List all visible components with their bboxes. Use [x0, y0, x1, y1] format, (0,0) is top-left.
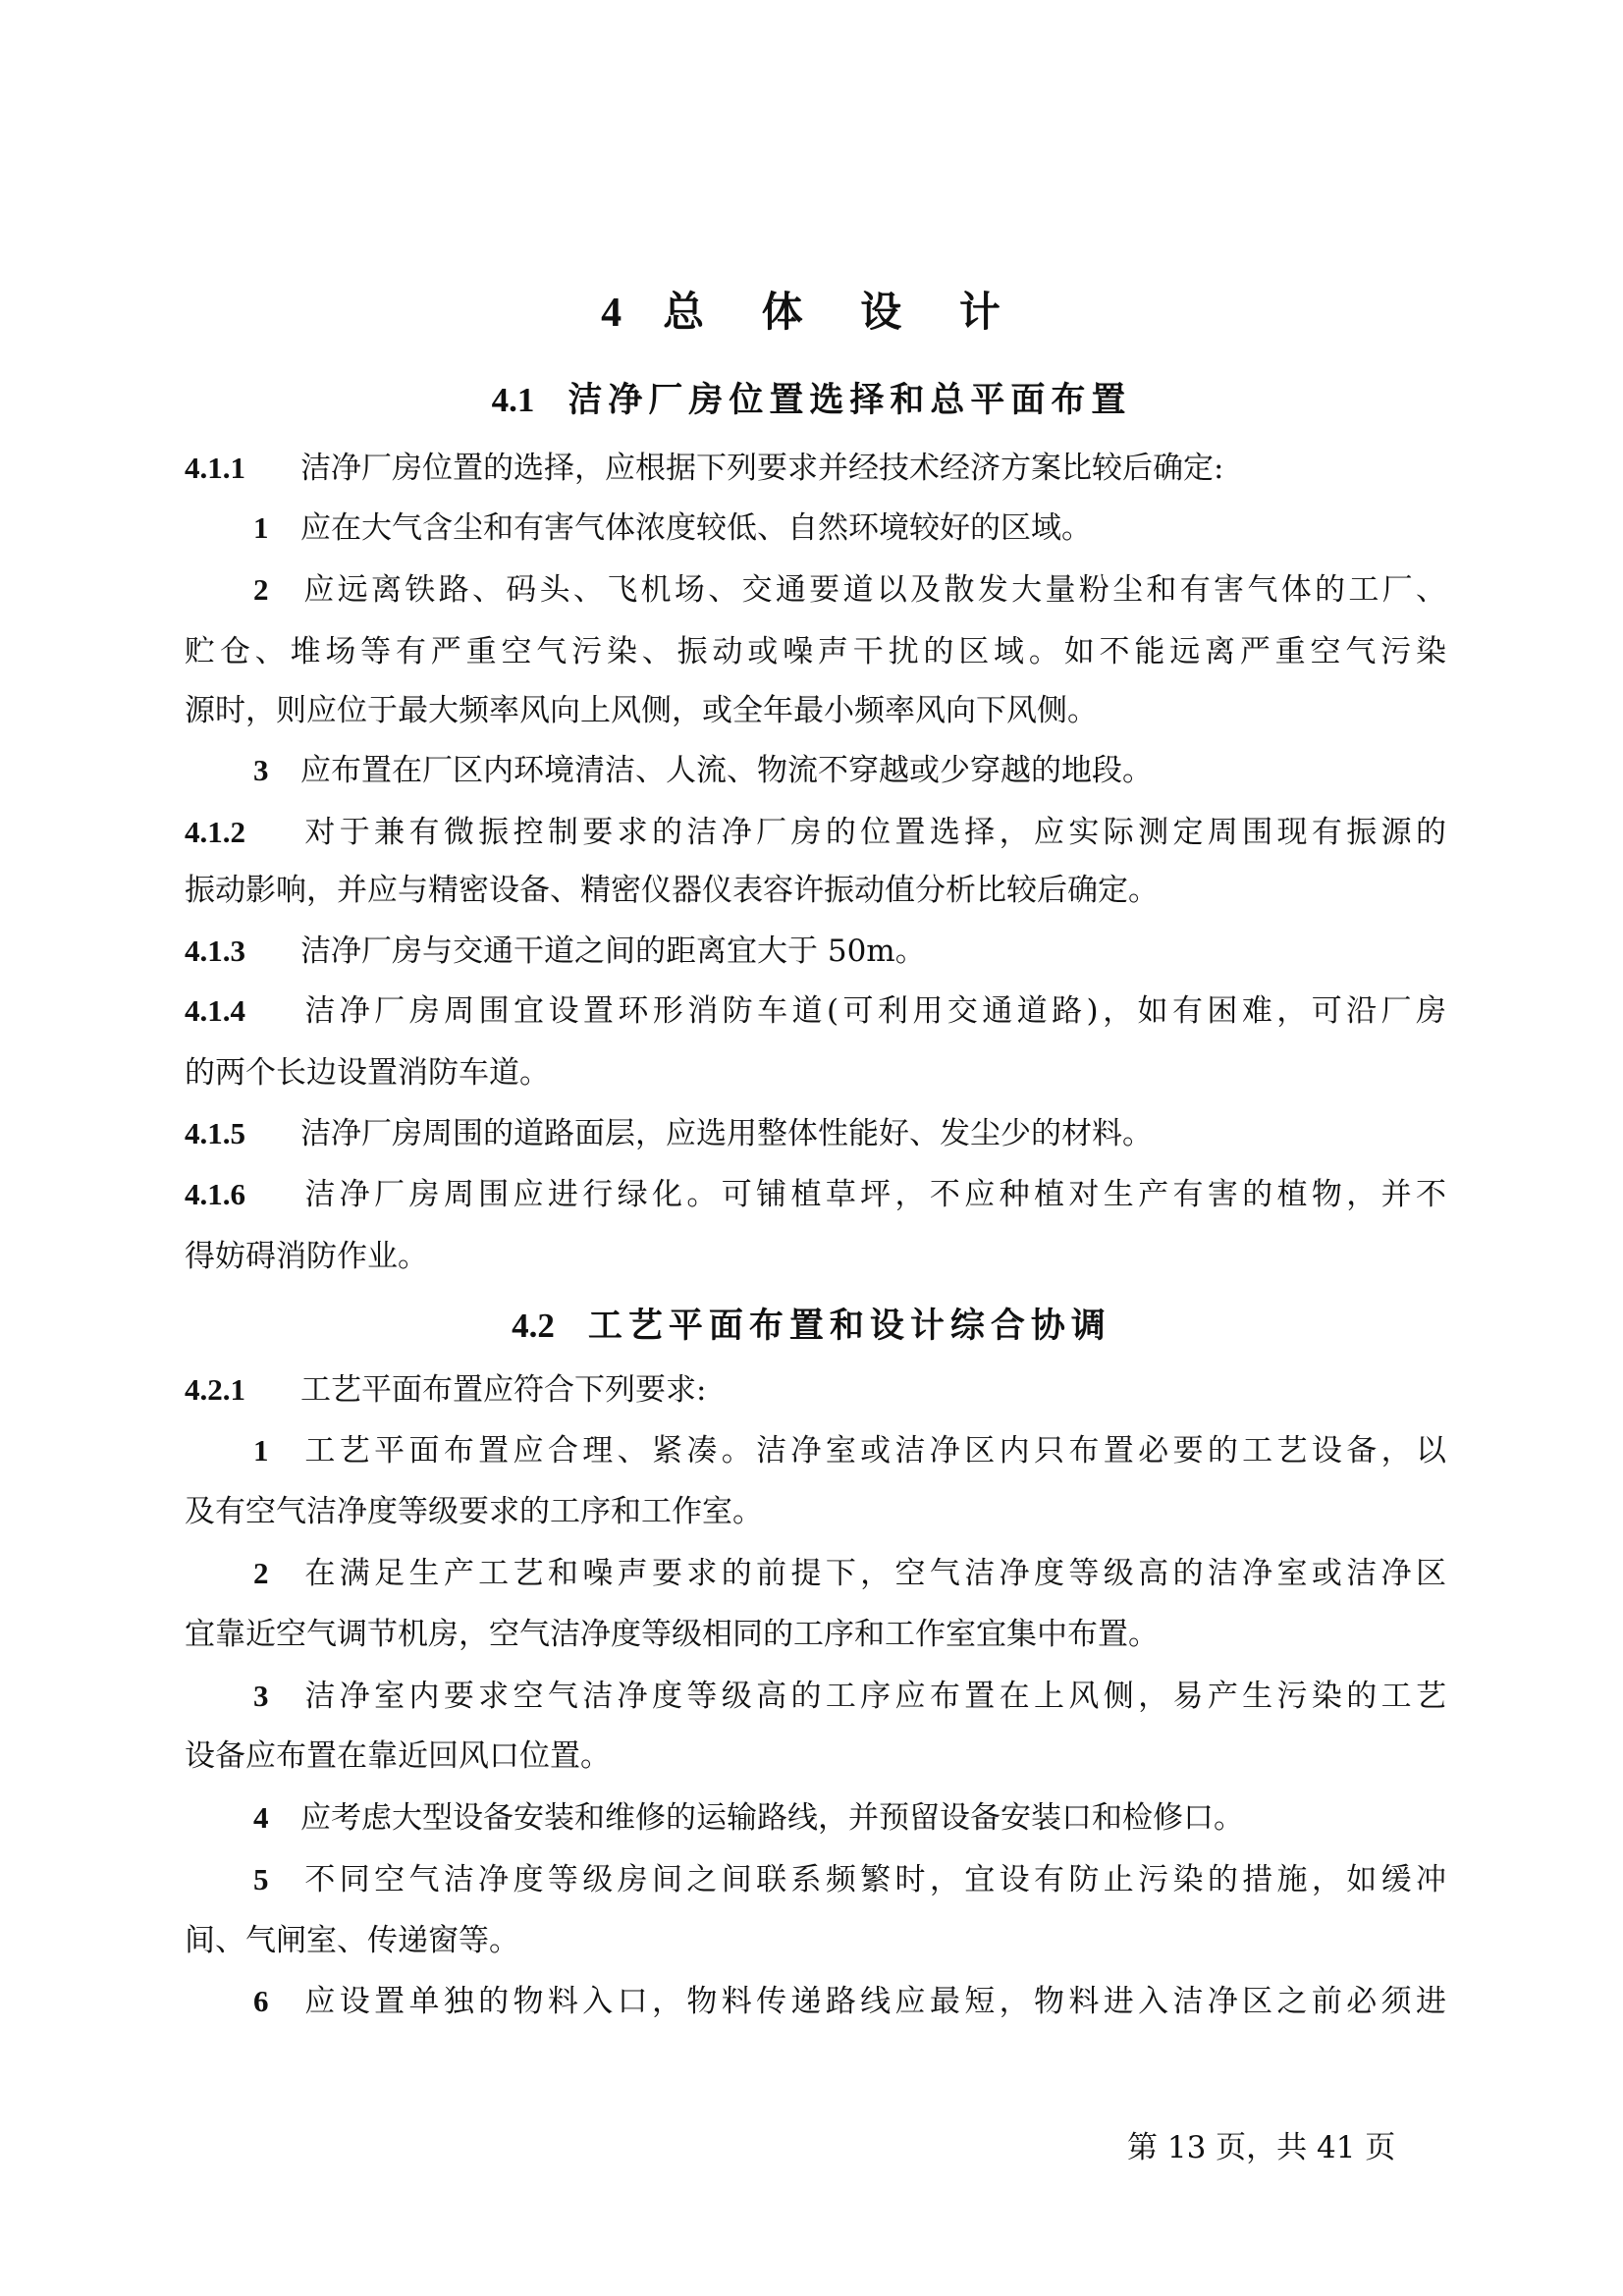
- item-number: 2: [253, 1554, 300, 1593]
- clause-4-1-1: 4.1.1洁净厂房位置的选择，应根据下列要求并经技术经济方案比较后确定:: [185, 449, 1446, 488]
- item-text: 不同空气洁净度等级房间之间联系频繁时，宜设有防止污染的措施，如缓冲: [300, 1862, 1446, 1897]
- section-title: 洁净厂房位置选择和总平面布置: [568, 380, 1131, 420]
- clause-number: 4.1.6: [185, 1175, 300, 1214]
- clause-4-1-4: 4.1.4洁净厂房周围宜设置环形消防车道(可利用交通道路)，如有困难，可沿厂房: [185, 991, 1446, 1031]
- chapter-heading: 4总 体 设 计: [0, 280, 1623, 339]
- clause-4-1-3: 4.1.3洁净厂房与交通干道之间的距离宜大于 50m。: [185, 932, 1446, 971]
- clause-4-1-6: 4.1.6洁净厂房周围应进行绿化。可铺植草坪，不应种植对生产有害的植物，并不: [185, 1175, 1446, 1214]
- list-item: 2在满足生产工艺和噪声要求的前提下，空气洁净度等级高的洁净室或洁净区: [185, 1554, 1446, 1593]
- item-number: 3: [253, 751, 300, 790]
- item-number: 1: [253, 1431, 300, 1470]
- continuation-line: 贮仓、堆场等有严重空气污染、振动或噪声干扰的区域。如不能远离严重空气污染: [185, 632, 1446, 671]
- list-item: 1工艺平面布置应合理、紧凑。洁净室或洁净区内只布置必要的工艺设备，以: [185, 1431, 1446, 1470]
- item-text: 应设置单独的物料入口，物料传递路线应最短，物料进入洁净区之前必须进: [300, 1984, 1446, 2019]
- item-number: 3: [253, 1677, 300, 1716]
- section-heading-4-2: 4.2工艺平面布置和设计综合协调: [0, 1299, 1623, 1348]
- clause-number: 4.1.4: [185, 991, 300, 1031]
- chapter-title: 总 体 设 计: [663, 288, 1022, 336]
- item-text: 应考虑大型设备安装和维修的运输路线，并预留设备安装口和检修口。: [300, 1800, 1244, 1836]
- item-text: 应在大气含尘和有害气体浓度较低、自然环境较好的区域。: [300, 510, 1092, 546]
- page-footer: 第 13 页，共 41 页: [1127, 2122, 1395, 2166]
- item-text: 洁净室内要求空气洁净度等级高的工序应布置在上风侧，易产生污染的工艺: [300, 1679, 1446, 1714]
- continuation-line: 源时，则应位于最大频率风向上风侧，或全年最小频率风向下风侧。: [185, 691, 1446, 730]
- list-item: 1应在大气含尘和有害气体浓度较低、自然环境较好的区域。: [185, 508, 1446, 548]
- item-text: 工艺平面布置应合理、紧凑。洁净室或洁净区内只布置必要的工艺设备，以: [300, 1433, 1446, 1468]
- section-title: 工艺平面布置和设计综合协调: [588, 1306, 1111, 1346]
- section-number: 4.1: [492, 381, 535, 419]
- list-item: 5不同空气洁净度等级房间之间联系频繁时，宜设有防止污染的措施，如缓冲: [185, 1860, 1446, 1899]
- item-text: 应布置在厂区内环境清洁、人流、物流不穿越或少穿越的地段。: [300, 753, 1153, 788]
- clause-4-1-5: 4.1.5洁净厂房周围的道路面层，应选用整体性能好、发尘少的材料。: [185, 1114, 1446, 1153]
- clause-4-2-1: 4.2.1工艺平面布置应符合下列要求:: [185, 1370, 1446, 1410]
- item-number: 1: [253, 508, 300, 548]
- continuation-line: 间、气闸室、传递窗等。: [185, 1921, 1446, 1960]
- item-text: 在满足生产工艺和噪声要求的前提下，空气洁净度等级高的洁净室或洁净区: [300, 1556, 1446, 1591]
- clause-number: 4.1.5: [185, 1114, 300, 1153]
- continuation-line: 的两个长边设置消防车道。: [185, 1053, 1446, 1093]
- clause-number: 4.1.2: [185, 813, 300, 852]
- clause-text: 洁净厂房位置的选择，应根据下列要求并经技术经济方案比较后确定:: [300, 451, 1223, 486]
- section-number: 4.2: [512, 1307, 555, 1345]
- clause-text: 洁净厂房周围的道路面层，应选用整体性能好、发尘少的材料。: [300, 1116, 1153, 1151]
- list-item: 3应布置在厂区内环境清洁、人流、物流不穿越或少穿越的地段。: [185, 751, 1446, 790]
- list-item: 6应设置单独的物料入口，物料传递路线应最短，物料进入洁净区之前必须进: [185, 1982, 1446, 2021]
- clause-text: 工艺平面布置应符合下列要求:: [300, 1372, 706, 1408]
- clause-text: 洁净厂房周围应进行绿化。可铺植草坪，不应种植对生产有害的植物，并不: [300, 1177, 1446, 1212]
- chapter-number: 4: [601, 291, 643, 336]
- item-number: 4: [253, 1798, 300, 1838]
- clause-text: 洁净厂房与交通干道之间的距离宜大于 50m。: [300, 934, 926, 969]
- continuation-line: 得妨碍消防作业。: [185, 1237, 1446, 1276]
- list-item: 3洁净室内要求空气洁净度等级高的工序应布置在上风侧，易产生污染的工艺: [185, 1677, 1446, 1716]
- item-number: 5: [253, 1860, 300, 1899]
- clause-4-1-2: 4.1.2对于兼有微振控制要求的洁净厂房的位置选择，应实际测定周围现有振源的: [185, 813, 1446, 852]
- section-heading-4-1: 4.1洁净厂房位置选择和总平面布置: [0, 373, 1623, 422]
- continuation-line: 设备应布置在靠近回风口位置。: [185, 1736, 1446, 1776]
- item-number: 2: [253, 570, 300, 610]
- clause-number: 4.2.1: [185, 1370, 300, 1410]
- list-item: 4应考虑大型设备安装和维修的运输路线，并预留设备安装口和检修口。: [185, 1798, 1446, 1838]
- item-number: 6: [253, 1982, 300, 2021]
- list-item: 2应远离铁路、码头、飞机场、交通要道以及散发大量粉尘和有害气体的工厂、: [185, 570, 1446, 610]
- clause-text: 对于兼有微振控制要求的洁净厂房的位置选择，应实际测定周围现有振源的: [300, 815, 1446, 850]
- clause-text: 洁净厂房周围宜设置环形消防车道(可利用交通道路)，如有困难，可沿厂房: [300, 993, 1446, 1029]
- continuation-line: 及有空气洁净度等级要求的工序和工作室。: [185, 1492, 1446, 1531]
- clause-number: 4.1.1: [185, 449, 300, 488]
- continuation-line: 宜靠近空气调节机房，空气洁净度等级相同的工序和工作室宜集中布置。: [185, 1615, 1446, 1654]
- item-text: 应远离铁路、码头、飞机场、交通要道以及散发大量粉尘和有害气体的工厂、: [300, 572, 1446, 608]
- clause-number: 4.1.3: [185, 932, 300, 971]
- continuation-line: 振动影响，并应与精密设备、精密仪器仪表容许振动值分析比较后确定。: [185, 871, 1446, 910]
- document-page: 4总 体 设 计 4.1洁净厂房位置选择和总平面布置 4.1.1洁净厂房位置的选…: [0, 0, 1623, 2296]
